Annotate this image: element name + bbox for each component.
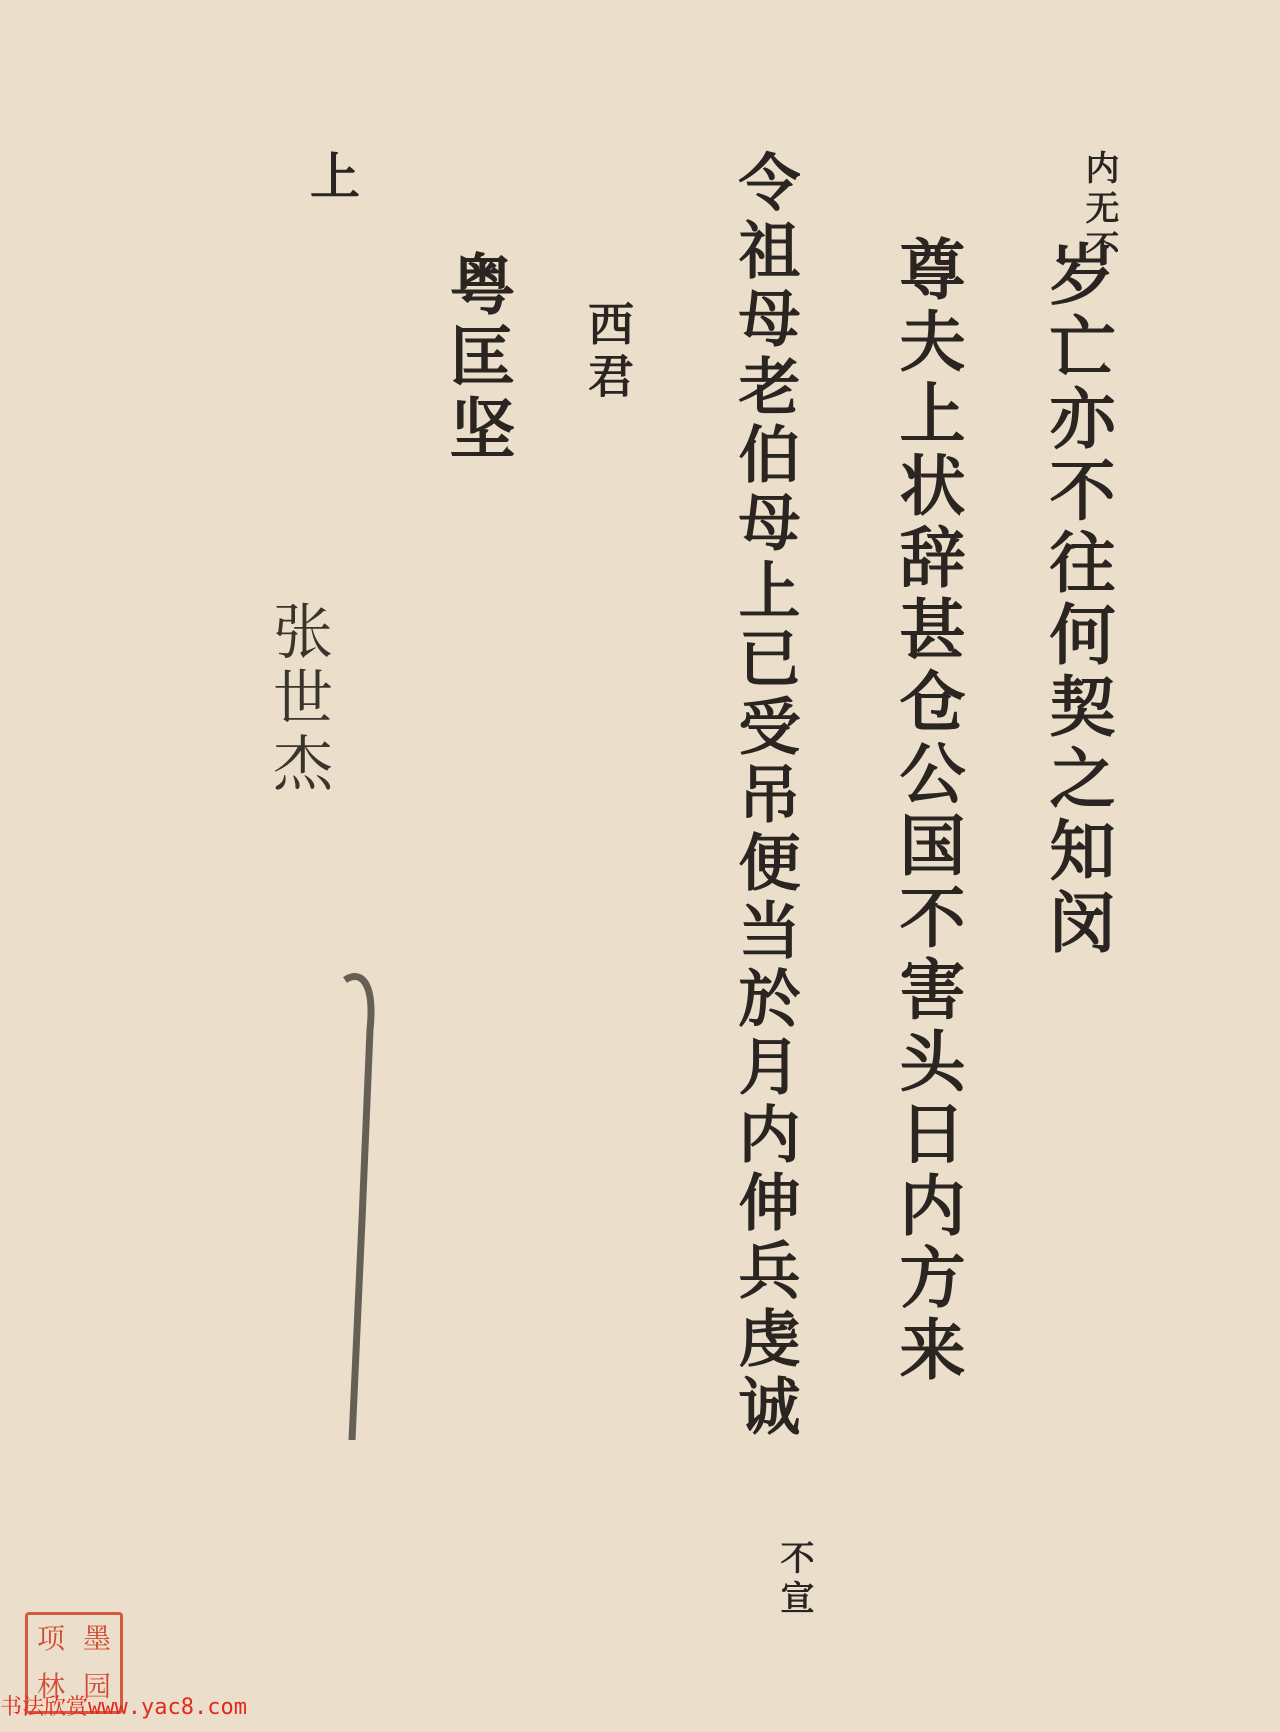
text-column-5: 西君 xyxy=(575,300,641,404)
text-column-4-tail: 不宣 xyxy=(770,1540,819,1620)
text-column-2: 岁亡亦不往何契之知闵 xyxy=(1030,240,1125,960)
text-column-4: 令祖母老伯母上已受吊便当於月内伸兵虔诚 xyxy=(720,150,809,1442)
watermark: 书法欣赏www.yac8.com xyxy=(0,1690,247,1721)
text-column-7: 上 xyxy=(295,150,367,206)
text-column-3: 尊夫上状辞甚仓公国不害头日内方来 xyxy=(880,235,975,1387)
text-column-6: 粤匡坚 xyxy=(430,250,525,466)
signature: 张世杰 xyxy=(255,600,341,798)
seal-char: 项 xyxy=(37,1625,65,1653)
seal-char: 墨 xyxy=(83,1625,111,1653)
signature-flourish-stroke xyxy=(340,970,380,1450)
